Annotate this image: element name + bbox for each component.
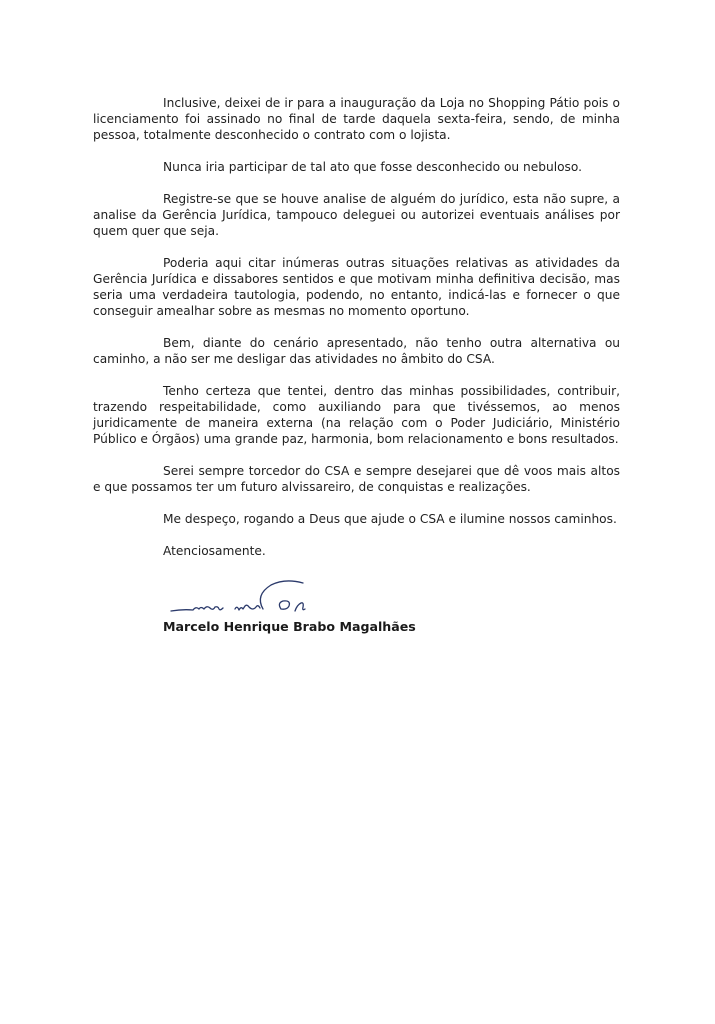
signature-block: Marcelo Henrique Brabo Magalhães	[163, 573, 620, 635]
paragraph-5: Bem, diante do cenário apresentado, não …	[93, 335, 620, 367]
paragraph-3: Registre-se que se houve analise de algu…	[93, 191, 620, 239]
paragraph-4: Poderia aqui citar inúmeras outras situa…	[93, 255, 620, 319]
document-page: Inclusive, deixei de ir para a inauguraç…	[93, 95, 620, 635]
paragraph-1: Inclusive, deixei de ir para a inauguraç…	[93, 95, 620, 143]
paragraph-2: Nunca iria participar de tal ato que fos…	[93, 159, 620, 175]
signer-name: Marcelo Henrique Brabo Magalhães	[163, 619, 620, 635]
paragraph-8: Me despeço, rogando a Deus que ajude o C…	[93, 511, 620, 527]
paragraph-6: Tenho certeza que tentei, dentro das min…	[93, 383, 620, 447]
closing-salutation: Atenciosamente.	[93, 543, 620, 559]
handwritten-signature-icon	[163, 573, 363, 623]
paragraph-7: Serei sempre torcedor do CSA e sempre de…	[93, 463, 620, 495]
